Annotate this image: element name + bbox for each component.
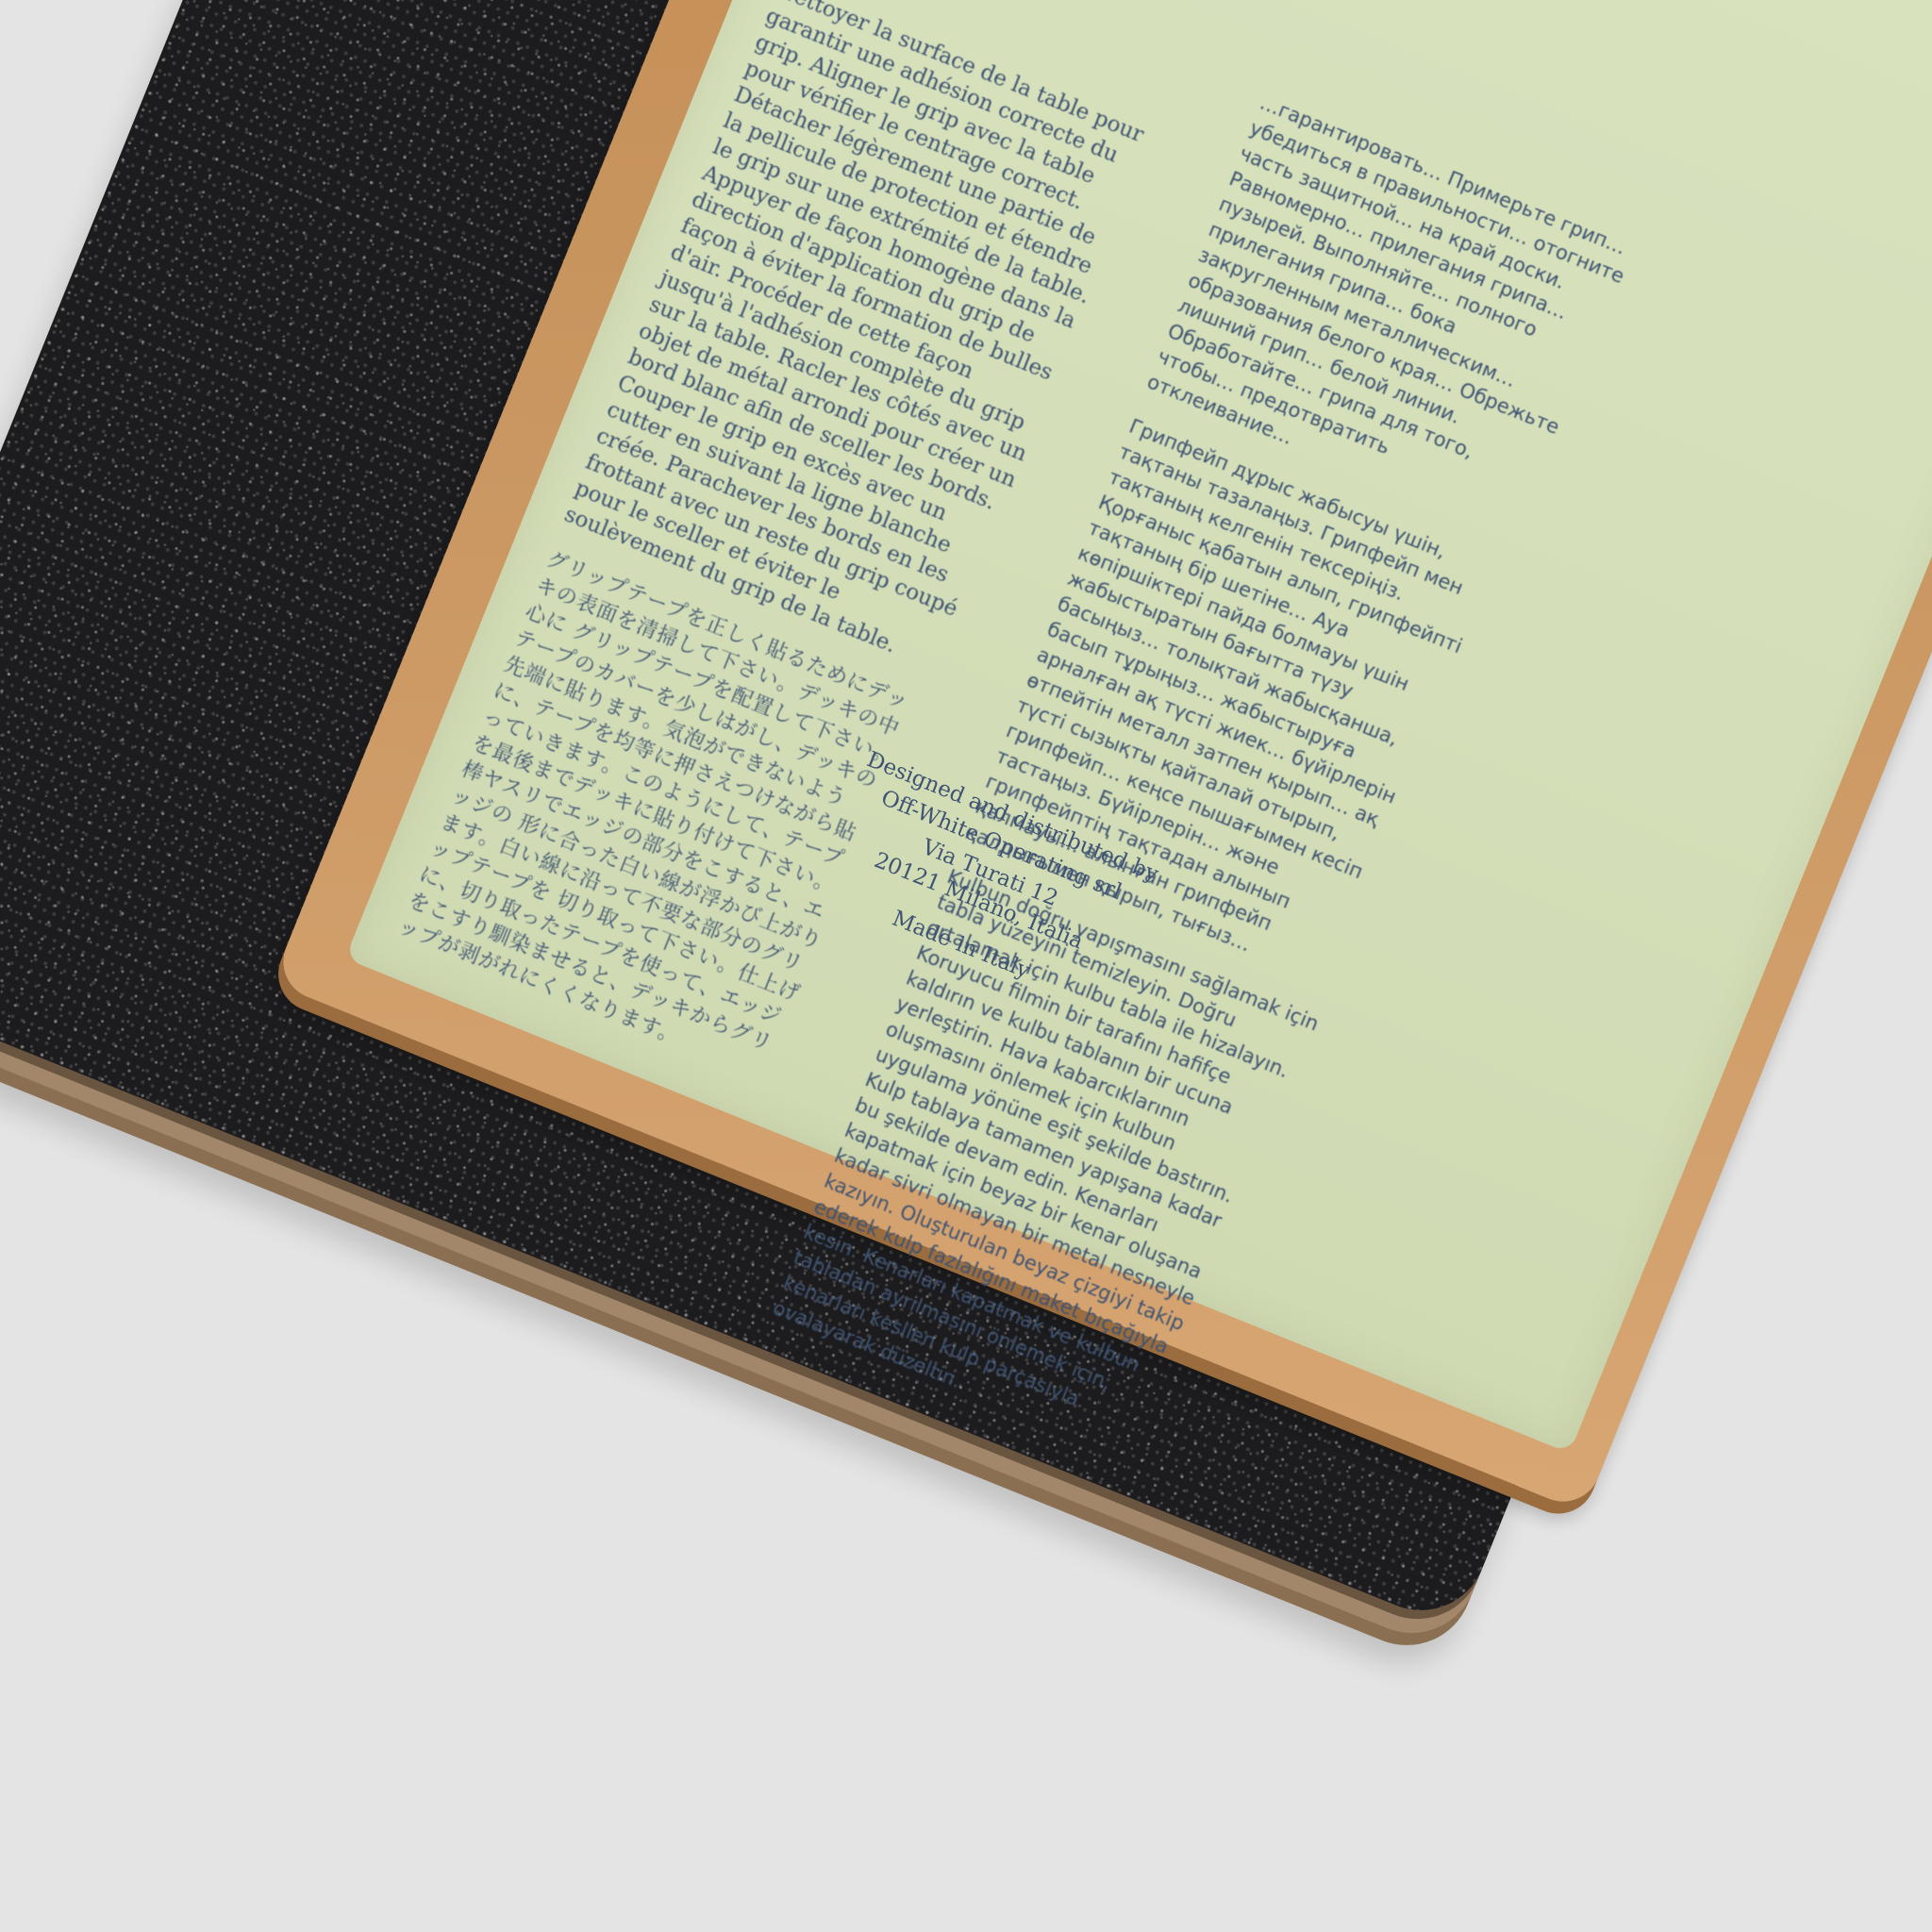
product-photo: Nettoyer la surface de la table pour gar… [0, 0, 1932, 1932]
